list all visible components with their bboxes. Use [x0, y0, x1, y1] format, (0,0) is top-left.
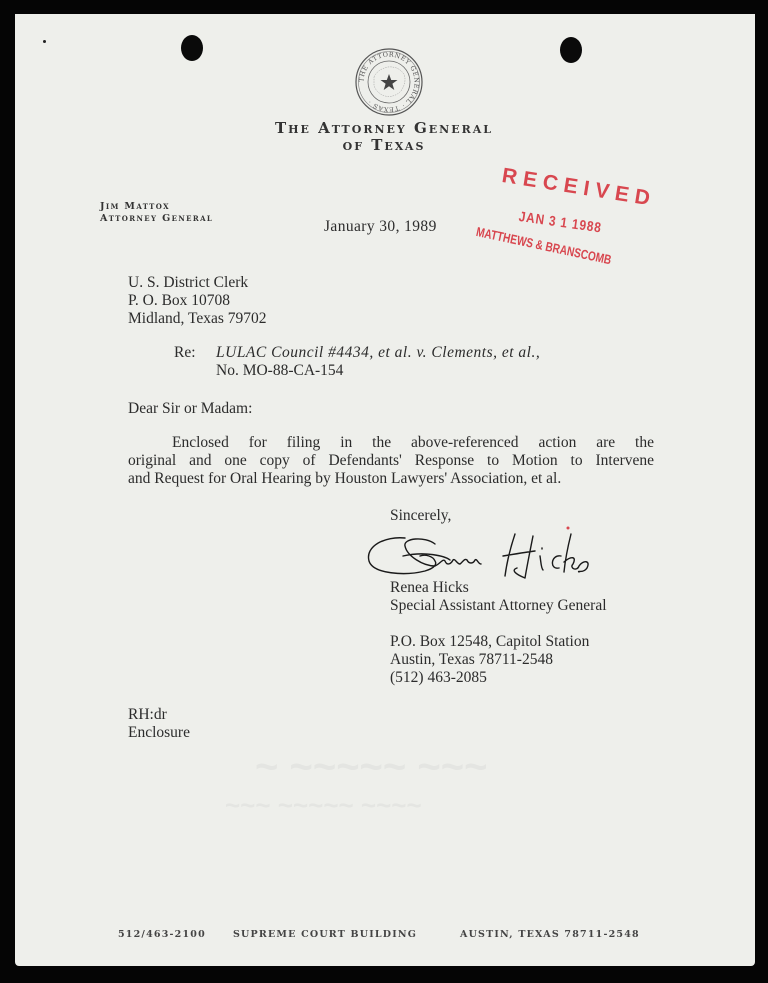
footer-building: SUPREME COURT BUILDING — [233, 929, 417, 940]
bleed-through-marks: ~~~ ~~~~~ ~~~~ — [225, 790, 422, 821]
salutation: Dear Sir or Madam: — [128, 400, 252, 418]
signatory-name: Renea Hicks — [390, 579, 607, 597]
enclosure-note: Enclosure — [128, 724, 190, 742]
received-stamp: RECEIVED JAN 3 1 1988 MATTHEWS & BRANSCO… — [478, 158, 648, 278]
footer-city: AUSTIN, TEXAS 78711-2548 — [460, 929, 640, 940]
bleed-through-marks: ~ ~~~~~ ~~~ — [255, 745, 487, 790]
recipient-line: P. O. Box 10708 — [128, 292, 267, 310]
footer-phone: 512/463-2100 — [118, 929, 206, 940]
body-line: original and one copy of Defendants' Res… — [128, 452, 654, 470]
letterhead-subtitle: of Texas — [0, 136, 768, 154]
attorney-general-title: Attorney General — [100, 213, 213, 224]
recipient-line: Midland, Texas 79702 — [128, 310, 267, 328]
paper-speck — [43, 40, 46, 43]
reference-block: LULAC Council #4434, et al. v. Clements,… — [216, 344, 540, 380]
signatory-block: Renea Hicks Special Assistant Attorney G… — [390, 579, 607, 615]
case-number: No. MO-88-CA-154 — [216, 362, 540, 380]
case-name: LULAC Council #4434, et al. v. Clements,… — [216, 344, 540, 362]
signatory-title: Special Assistant Attorney General — [390, 597, 607, 615]
closing: Sincerely, — [390, 507, 451, 525]
recipient-line: U. S. District Clerk — [128, 274, 267, 292]
typist-initials: RH:dr — [128, 706, 190, 724]
body-line: and Request for Oral Hearing by Houston … — [128, 470, 654, 488]
attorney-general-seal-icon: THE ATTORNEY GENERAL · TEXAS · — [354, 47, 424, 117]
handwritten-signature: Renea Hicks — [365, 526, 605, 586]
stamp-date: JAN 3 1 1988 — [518, 208, 603, 235]
body-paragraph: Enclosed for filing in the above-referen… — [128, 434, 654, 488]
signatory-address-line: (512) 463-2085 — [390, 669, 589, 687]
signatory-address: P.O. Box 12548, Capitol Station Austin, … — [390, 633, 589, 687]
punch-hole-right — [560, 37, 582, 63]
signatory-address-line: Austin, Texas 78711-2548 — [390, 651, 589, 669]
recipient-address: U. S. District Clerk P. O. Box 10708 Mid… — [128, 274, 267, 328]
stamp-received-label: RECEIVED — [500, 164, 657, 212]
letterhead-title: The Attorney General — [0, 119, 768, 137]
reference-label: Re: — [174, 344, 196, 362]
punch-hole-left — [181, 35, 203, 61]
reference-initials-block: RH:dr Enclosure — [128, 706, 190, 742]
letter-page — [15, 14, 755, 966]
letter-date: January 30, 1989 — [324, 218, 437, 236]
body-line: Enclosed for filing in the above-referen… — [172, 434, 654, 451]
signatory-address-line: P.O. Box 12548, Capitol Station — [390, 633, 589, 651]
attorney-general-name: Jim Mattox — [100, 201, 170, 212]
